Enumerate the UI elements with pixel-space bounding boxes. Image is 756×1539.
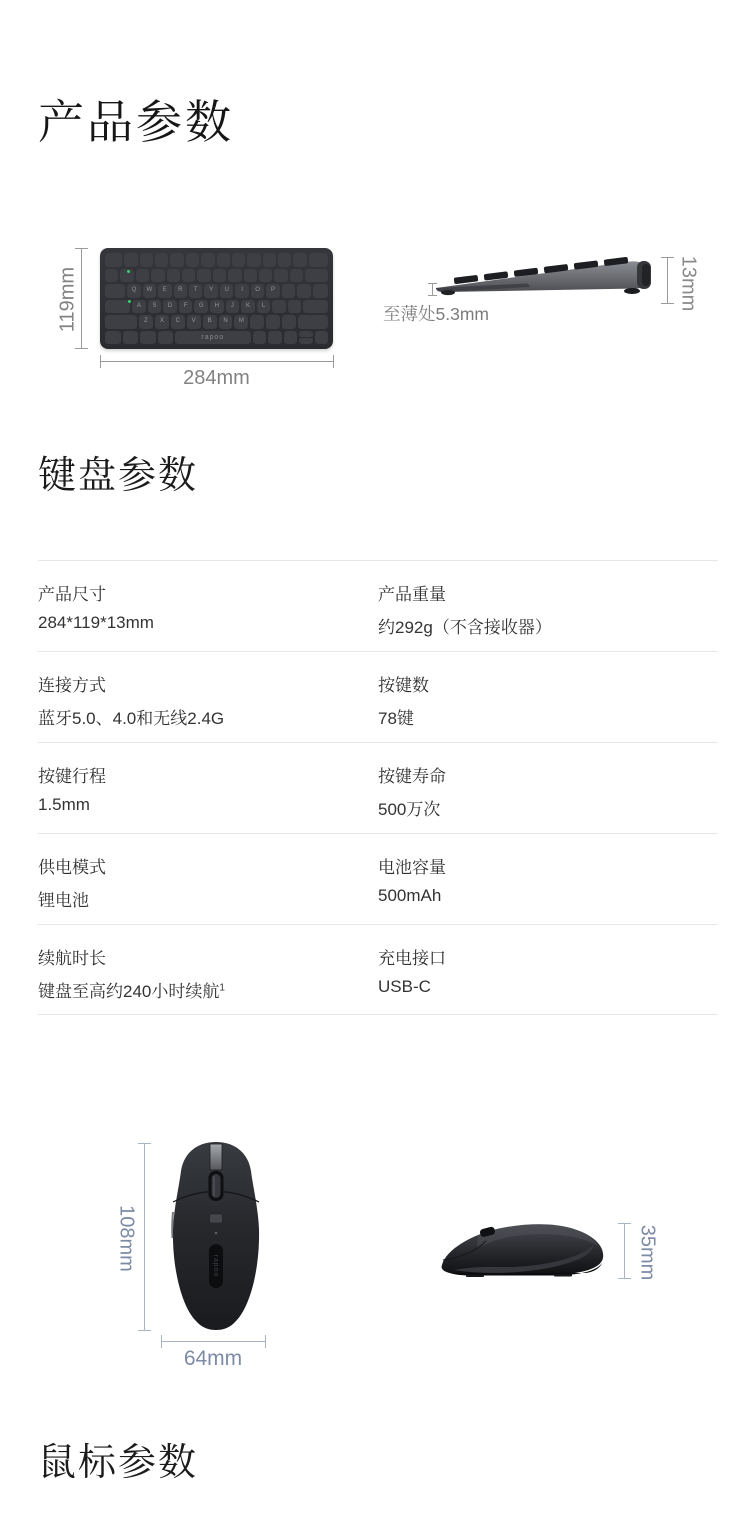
keyboard-top-view-figure: QWERTYUIOPASDFGHJKLZXCVBNMrapoo [100, 248, 333, 349]
keyboard-key [274, 269, 287, 283]
spec-value: 284*119*13mm [38, 613, 378, 633]
spec-cell: 产品重量 约292g（不含接收器） [378, 580, 718, 651]
keyboard-key: D [163, 300, 177, 314]
spec-label: 连接方式 [38, 671, 378, 696]
keyboard-key [303, 300, 327, 314]
keyboard-key [278, 253, 291, 267]
keyboard-key [201, 253, 214, 267]
keyboard-key [105, 300, 130, 314]
keyboard-spec-table: 产品尺寸 284*119*13mm 产品重量 约292g（不含接收器） 连接方式… [38, 560, 718, 1015]
keyboard-thickness-dim-cap-bottom [661, 303, 674, 304]
keyboard-key: Z [139, 315, 153, 329]
spec-value: 78键 [378, 704, 718, 729]
mouse-side-view-figure [436, 1218, 611, 1282]
spec-row-connection-keys: 连接方式 蓝牙5.0、4.0和无线2.4G 按键数 78键 [38, 651, 718, 742]
arrow-keys-cluster [299, 331, 312, 345]
keyboard-key: R [174, 284, 187, 298]
keyboard-key: W [143, 284, 156, 298]
keyboard-key: I [235, 284, 248, 298]
keyboard-key [298, 315, 328, 329]
keyboard-key-row: ASDFGHJKL [105, 300, 328, 314]
keyboard-thickness-dim-cap-top [661, 257, 674, 258]
spec-value: 键盘至高约240小时续航1 [38, 977, 378, 1002]
keyboard-section-title: 键盘参数 [38, 444, 198, 499]
keyboard-key [182, 269, 195, 283]
keyboard-key [105, 253, 122, 267]
keyboard-key [253, 331, 266, 345]
spec-row-endurance-port: 续航时长 键盘至高约240小时续航1 充电接口 USB-C [38, 924, 718, 1015]
keyboard-key [263, 253, 276, 267]
keyboard-key [105, 331, 121, 345]
keyboard-key: T [189, 284, 202, 298]
keyboard-width-dim-cap-right [333, 355, 334, 368]
spec-cell: 电池容量 500mAh [378, 853, 718, 924]
svg-text:rapoo: rapoo [212, 1255, 219, 1278]
keyboard-key: L [257, 300, 271, 314]
keyboard-key [293, 253, 306, 267]
keyboard-key [250, 315, 264, 329]
keyboard-key: A [132, 300, 146, 314]
keyboard-key: V [187, 315, 201, 329]
keyboard-key: M [234, 315, 248, 329]
spec-label: 电池容量 [378, 853, 718, 878]
spec-cell: 按键行程 1.5mm [38, 762, 378, 833]
keyboard-key: X [155, 315, 169, 329]
spec-label: 产品尺寸 [38, 580, 378, 605]
keyboard-thin-dim-cap-bottom [428, 295, 437, 296]
keyboard-thin-dim-line [432, 283, 433, 295]
keyboard-key [244, 269, 257, 283]
arrow-up-key [299, 331, 312, 337]
keyboard-key: K [241, 300, 255, 314]
keyboard-key [140, 253, 153, 267]
spec-label: 按键行程 [38, 762, 378, 787]
keyboard-key [186, 253, 199, 267]
mouse-width-dim-line [161, 1341, 265, 1342]
spec-cell: 充电接口 USB-C [378, 944, 718, 1014]
spec-value: 500mAh [378, 886, 718, 906]
keyboard-key: Q [127, 284, 140, 298]
spec-label: 按键寿命 [378, 762, 718, 787]
keyboard-height-label: 119mm [57, 250, 80, 350]
spec-value: 约292g（不含接收器） [378, 613, 718, 638]
keyboard-key [170, 253, 183, 267]
keyboard-key [309, 253, 328, 267]
keyboard-thickness-label: 13mm [677, 234, 700, 334]
keyboard-key: B [203, 315, 217, 329]
arrow-down-key [299, 338, 312, 344]
keyboard-key [228, 269, 241, 283]
keyboard-key [282, 315, 296, 329]
keyboard-key [297, 284, 310, 298]
keyboard-key: J [226, 300, 240, 314]
keyboard-side-view-figure [410, 252, 662, 304]
spec-label: 供电模式 [38, 853, 378, 878]
keyboard-key [266, 315, 280, 329]
keyboard-key [197, 269, 210, 283]
spec-cell: 产品尺寸 284*119*13mm [38, 580, 378, 651]
keyboard-key-row [105, 269, 328, 283]
keyboard-key [259, 269, 272, 283]
keyboard-key [247, 253, 260, 267]
keyboard-key: G [194, 300, 208, 314]
keyboard-key [151, 269, 164, 283]
keyboard-key [140, 331, 156, 345]
spec-label: 充电接口 [378, 944, 718, 969]
spec-label: 产品重量 [378, 580, 718, 605]
spec-value-text: 键盘至高约240小时续航 [38, 982, 219, 1001]
keyboard-key [284, 331, 297, 345]
spec-value: USB-C [378, 977, 718, 997]
keyboard-key: U [220, 284, 233, 298]
keyboard-key [136, 269, 149, 283]
keyboard-key [232, 253, 245, 267]
mouse-height-dim-cap-top [138, 1143, 151, 1144]
spec-row-travel-lifespan: 按键行程 1.5mm 按键寿命 500万次 [38, 742, 718, 833]
keyboard-key-row: rapoo [105, 331, 328, 345]
spec-cell: 供电模式 锂电池 [38, 853, 378, 924]
mouse-thickness-label: 35mm [636, 1203, 659, 1303]
mouse-top-view-figure: rapoo [161, 1140, 271, 1332]
mouse-thickness-dim-cap-top [618, 1223, 631, 1224]
product-spec-page: { "page": { "title": "产品参数", "keyboard_s… [0, 0, 756, 1539]
footnote-superscript: 1 [219, 982, 225, 993]
spec-label: 续航时长 [38, 944, 378, 969]
keyboard-key: O [251, 284, 264, 298]
spec-label: 按键数 [378, 671, 718, 696]
spacebar-key: rapoo [175, 331, 251, 345]
keyboard-key: N [219, 315, 233, 329]
spec-row-size-weight: 产品尺寸 284*119*13mm 产品重量 约292g（不含接收器） [38, 560, 718, 651]
keyboard-key [217, 253, 230, 267]
keyboard-key [290, 269, 303, 283]
keyboard-key: P [266, 284, 279, 298]
keyboard-key [105, 269, 118, 283]
keyboard-key [167, 269, 180, 283]
keyboard-key-row [105, 253, 328, 267]
spec-row-power-battery: 供电模式 锂电池 电池容量 500mAh [38, 833, 718, 924]
keyboard-key: S [148, 300, 162, 314]
mouse-height-dim-cap-bottom [138, 1330, 151, 1331]
keyboard-key: C [171, 315, 185, 329]
spec-cell: 按键数 78键 [378, 671, 718, 742]
keyboard-key [158, 331, 174, 345]
mouse-height-dim-line [144, 1143, 145, 1330]
keyboard-key-row: QWERTYUIOP [105, 284, 328, 298]
mouse-height-label: 108mm [115, 1189, 138, 1289]
mouse-width-dim-cap-right [265, 1335, 266, 1348]
keyboard-indicator-led [127, 270, 130, 273]
spec-value: 锂电池 [38, 886, 378, 911]
keyboard-key [288, 300, 302, 314]
keyboard-key [315, 331, 328, 345]
mouse-thickness-dim-cap-bottom [618, 1278, 631, 1279]
keyboard-thickness-dim-line [667, 257, 668, 303]
mouse-thickness-dim-line [624, 1223, 625, 1278]
keyboard-key [282, 284, 295, 298]
keyboard-width-label: 284mm [100, 367, 333, 390]
spec-value: 1.5mm [38, 795, 378, 815]
mouse-section-title: 鼠标参数 [38, 1431, 198, 1486]
mouse-width-label: 64mm [161, 1347, 265, 1371]
keyboard-key: E [158, 284, 171, 298]
keyboard-thin-dim-cap-top [428, 283, 437, 284]
keyboard-height-dim-line [81, 248, 82, 349]
keyboard-key [268, 331, 281, 345]
keyboard-key [272, 300, 286, 314]
keyboard-width-dim-line [100, 361, 333, 362]
keyboard-key [313, 284, 328, 298]
page-title: 产品参数 [38, 86, 234, 152]
spec-cell: 按键寿命 500万次 [378, 762, 718, 833]
keyboard-key [213, 269, 226, 283]
keyboard-key [105, 284, 125, 298]
keyboard-thin-point-label: 至薄处5.3mm [383, 301, 489, 326]
keyboard-key [123, 331, 139, 345]
spec-cell: 连接方式 蓝牙5.0、4.0和无线2.4G [38, 671, 378, 742]
spec-value: 蓝牙5.0、4.0和无线2.4G [38, 704, 378, 729]
spec-value: 500万次 [378, 795, 718, 820]
keyboard-key [124, 253, 137, 267]
keyboard-key: F [179, 300, 193, 314]
keyboard-capslock-led [128, 300, 131, 303]
keyboard-key [155, 253, 168, 267]
keyboard-key [105, 315, 137, 329]
keyboard-key-row: ZXCVBNM [105, 315, 328, 329]
spec-cell: 续航时长 键盘至高约240小时续航1 [38, 944, 378, 1014]
keyboard-key: H [210, 300, 224, 314]
keyboard-key: Y [204, 284, 217, 298]
keyboard-key [305, 269, 328, 283]
